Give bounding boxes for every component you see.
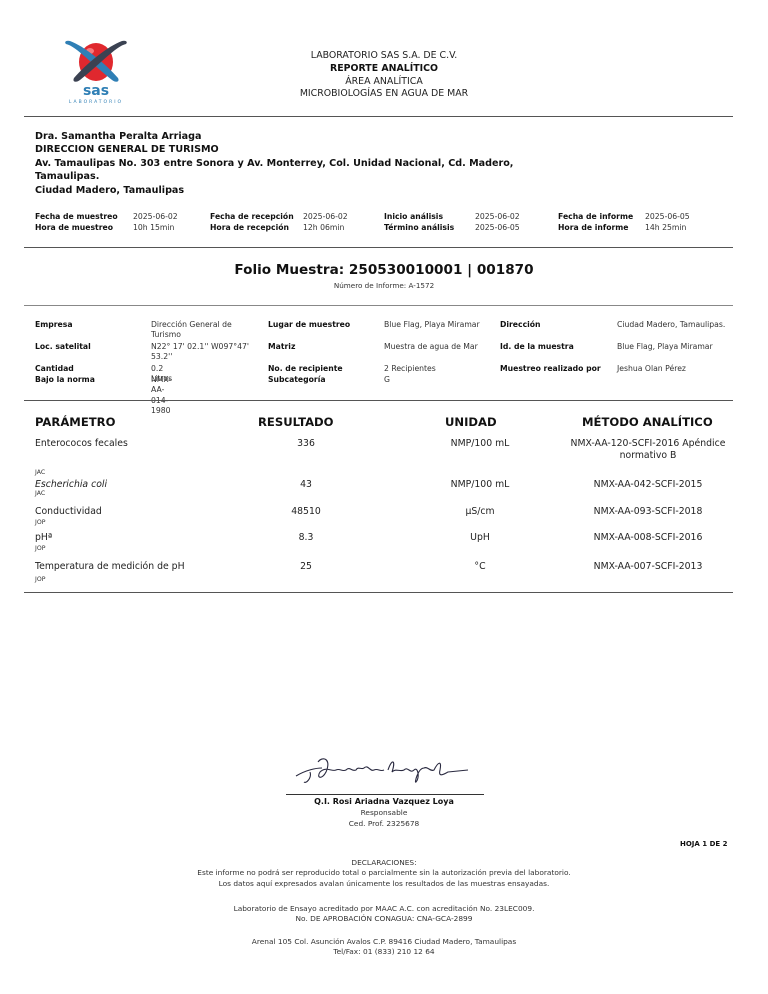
analyst-initials: JOP [35,576,45,583]
header-unidad: UNIDAD [445,415,497,429]
analyst-initials: JOP [35,519,45,526]
declarations: DECLARACIONES: Este informe no podrá ser… [0,858,768,889]
result-value: 43 [246,479,366,491]
inicio-analisis-value: 2025-06-02 [475,212,520,223]
fecha-informe-label: Fecha de informe [558,212,633,223]
termino-analisis-value: 2025-06-05 [475,223,520,234]
declaration-1: Este informe no podrá ser reproducido to… [0,868,768,878]
cantidad-label: Cantidad [35,364,74,374]
client-block: Dra. Samantha Peralta Arriaga DIRECCION … [35,130,513,197]
signature-icon [292,748,472,788]
result-value: 8.3 [246,532,366,544]
lab-phone: Tel/Fax: 01 (833) 210 12 64 [0,947,768,957]
result-value: 48510 [246,506,366,518]
header-metodo: MÉTODO ANALÍTICO [582,415,713,429]
loc-satelital-value: N22° 17' 02.1'' W097°47' 53.2'' [151,342,263,363]
unit-value: UpH [415,532,545,544]
declaration-2: Los datos aquí expresados avalan únicame… [0,879,768,889]
accreditation-block: Laboratorio de Ensayo acreditado por MAA… [0,904,768,925]
divider [24,400,733,401]
svg-text:LABORATORIO: LABORATORIO [69,99,123,104]
page-indicator: HOJA 1 DE 2 [680,840,727,848]
report-title: REPORTE ANALÍTICO [234,63,534,76]
lab-address: Arenal 105 Col. Asunción Avalos C.P. 894… [0,937,768,947]
fecha-muestreo-value: 2025-06-02 [133,212,178,223]
analyst-initials: JAC [35,469,45,476]
header-resultado: RESULTADO [258,415,334,429]
fecha-recepcion-value: 2025-06-02 [303,212,348,223]
direccion-label: Dirección [500,320,541,330]
svg-text:sas: sas [83,83,109,99]
lab-contact: Arenal 105 Col. Asunción Avalos C.P. 894… [0,937,768,958]
id-muestra-label: Id. de la muestra [500,342,574,352]
divider [24,592,733,593]
parameter-name: pHª [35,532,52,544]
lugar-muestreo-label: Lugar de muestreo [268,320,350,330]
id-muestra-value: Blue Flag, Playa Miramar [617,342,713,352]
bajo-norma-value: NMX-AA-014-1980 [151,375,171,417]
inicio-analisis-label: Inicio análisis [384,212,443,223]
hora-informe-label: Hora de informe [558,223,629,234]
hora-recepcion-value: 12h 06min [303,223,344,234]
direccion-value: Ciudad Madero, Tamaulipas. [617,320,725,330]
method-value: NMX-AA-042-SCFI-2015 [548,479,748,491]
parameter-name: Escherichia coli [35,479,107,491]
subcategoria-label: Subcategoría [268,375,326,385]
report-area: ÁREA ANALÍTICA [234,76,534,89]
unit-value: °C [415,561,545,573]
hora-recepcion-label: Hora de recepción [210,223,289,234]
parameter-name: Conductividad [35,506,102,518]
termino-analisis-label: Término análisis [384,223,454,234]
client-address-2: Tamaulipas. [35,170,513,183]
signature-line [286,794,484,795]
muestreo-por-value: Jeshua Olan Pérez [617,364,686,374]
unit-value: NMP/100 mL [415,479,545,491]
hora-muestreo-value: 10h 15min [133,223,174,234]
header-parametro: PARÁMETRO [35,415,115,429]
divider [24,116,733,117]
analyst-initials: JOP [35,545,45,552]
analyst-initials: JAC [35,490,45,497]
unit-value: µS/cm [415,506,545,518]
no-recipiente-label: No. de recipiente [268,364,343,374]
empresa-label: Empresa [35,320,73,330]
folio-title: Folio Muestra: 250530010001 | 001870 [0,262,768,278]
divider [24,305,733,306]
declarations-title: DECLARACIONES: [0,858,768,868]
hora-muestreo-label: Hora de muestreo [35,223,113,234]
result-value: 25 [246,561,366,573]
matriz-label: Matriz [268,342,295,352]
no-recipiente-value: 2 Recipientes [384,364,436,374]
sas-logo-icon: sas LABORATORIO [54,36,138,104]
client-organization: DIRECCION GENERAL DE TURISMO [35,143,513,156]
report-number: Número de Informe: A-1572 [0,281,768,290]
method-value: NMX-AA-007-SCFI-2013 [548,561,748,573]
parameter-name: Enterococos fecales [35,438,128,450]
subcategoria-value: G [384,375,390,385]
empresa-value: Dirección General de Turismo [151,320,263,341]
client-address: Av. Tamaulipas No. 303 entre Sonora y Av… [35,157,513,170]
report-page: sas LABORATORIO LABORATORIO SAS S.A. DE … [0,0,768,994]
muestreo-por-label: Muestreo realizado por [500,364,601,374]
method-value: NMX-AA-093-SCFI-2018 [548,506,748,518]
lab-logo: sas LABORATORIO [54,36,138,104]
method-value: NMX-AA-120-SCFI-2016 Apéndice normativo … [548,438,748,462]
lugar-muestreo-value: Blue Flag, Playa Miramar [384,320,480,330]
signatory-name: Q.I. Rosi Ariadna Vazquez Loya [0,797,768,806]
fecha-informe-value: 2025-06-05 [645,212,690,223]
unit-value: NMP/100 mL [415,438,545,450]
company-name: LABORATORIO SAS S.A. DE C.V. [234,50,534,63]
conagua-approval: No. DE APROBACIÓN CONAGUA: CNA-GCA-2899 [0,914,768,924]
client-name: Dra. Samantha Peralta Arriaga [35,130,513,143]
fecha-recepcion-label: Fecha de recepción [210,212,294,223]
signatory-cedula: Ced. Prof. 2325678 [0,819,768,828]
fecha-muestreo-label: Fecha de muestreo [35,212,118,223]
method-value: NMX-AA-008-SCFI-2016 [548,532,748,544]
accreditation: Laboratorio de Ensayo acreditado por MAA… [0,904,768,914]
parameter-name: Temperatura de medición de pH [35,561,185,573]
matriz-value: Muestra de agua de Mar [384,342,478,352]
signatory-role: Responsable [0,808,768,817]
bajo-norma-label: Bajo la norma [35,375,95,385]
report-subject: MICROBIOLOGÍAS EN AGUA DE MAR [234,88,534,101]
loc-satelital-label: Loc. satelital [35,342,91,352]
result-value: 336 [246,438,366,450]
divider [24,247,733,248]
report-header: LABORATORIO SAS S.A. DE C.V. REPORTE ANA… [234,50,534,101]
client-city: Ciudad Madero, Tamaulipas [35,184,513,197]
hora-informe-value: 14h 25min [645,223,686,234]
